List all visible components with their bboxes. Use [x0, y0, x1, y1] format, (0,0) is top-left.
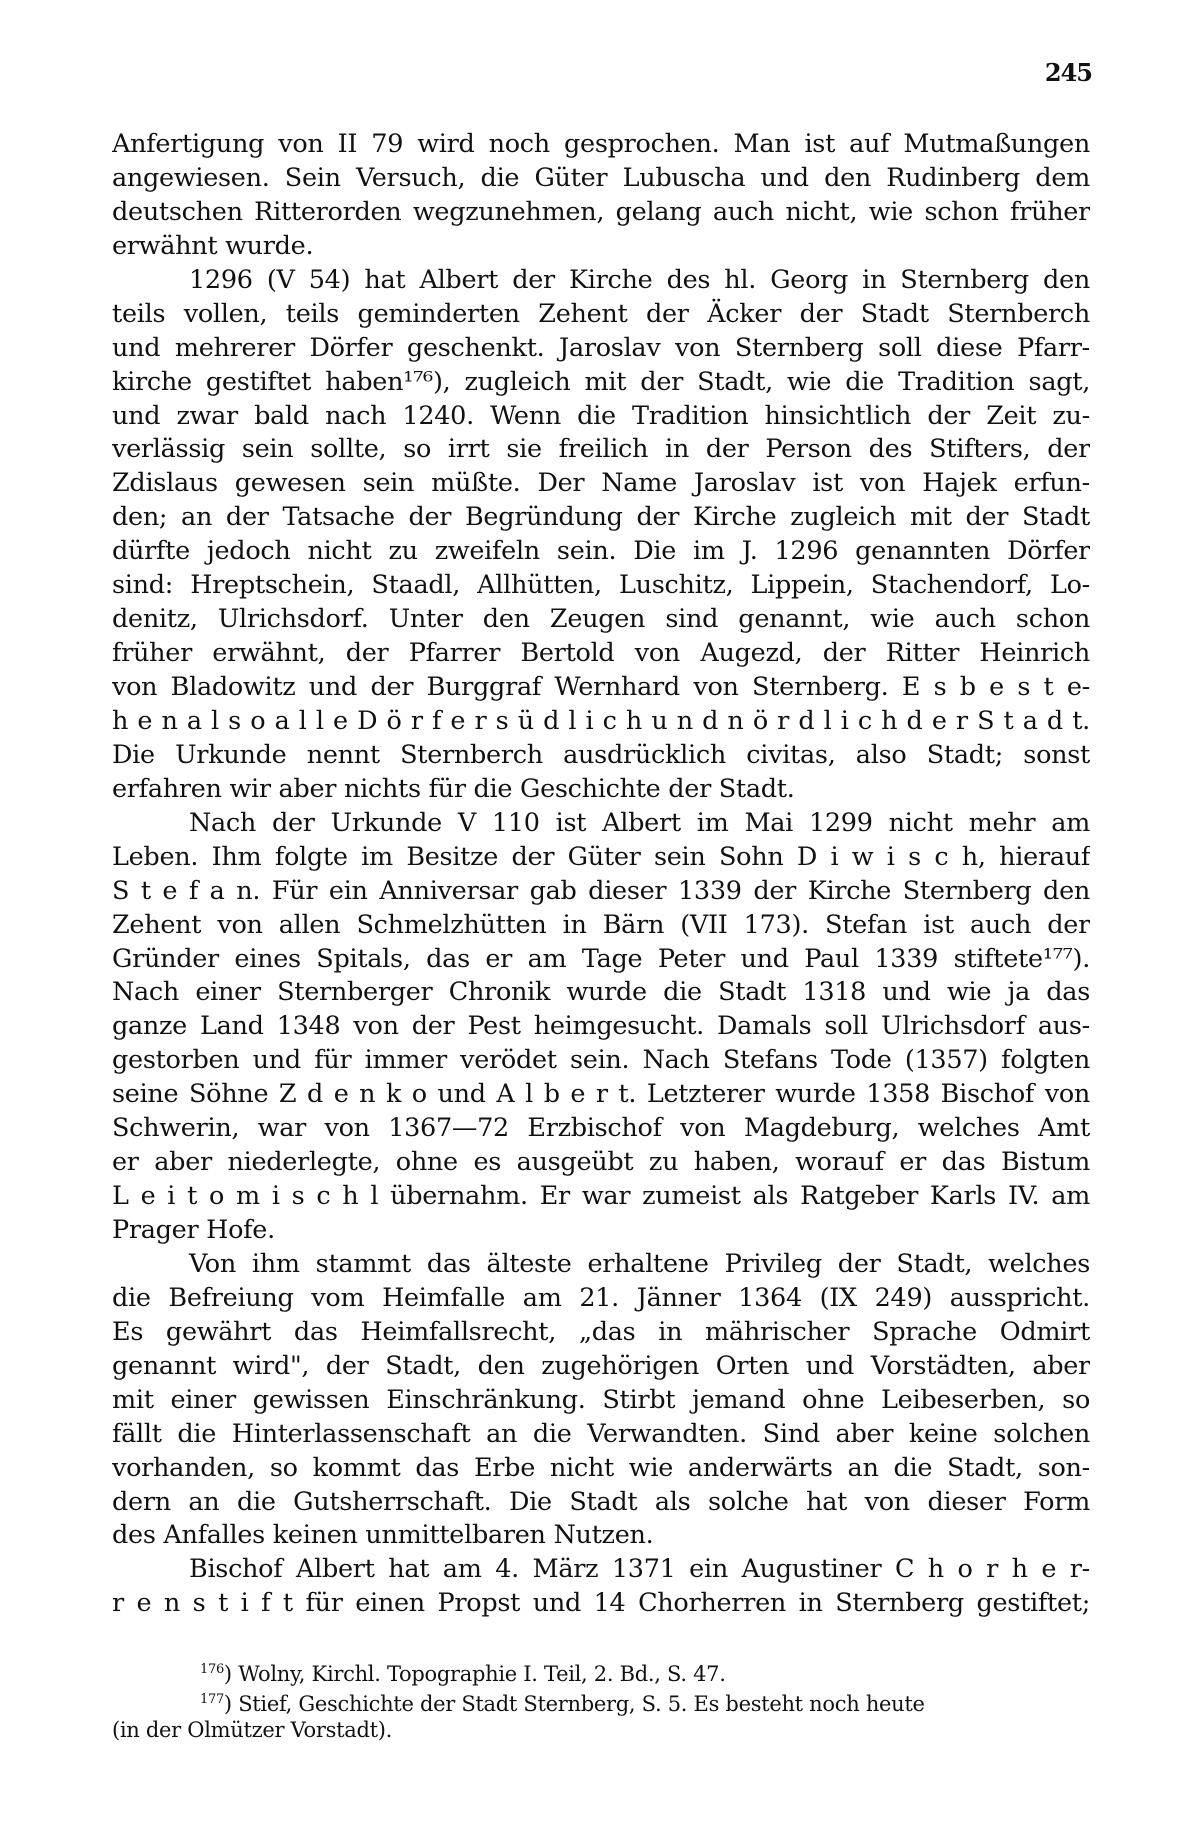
- text-line: erfahren wir aber nichts für die Geschic…: [112, 773, 1090, 807]
- text-line: Prager Hofe.: [112, 1214, 1090, 1248]
- text-line: 1296 (V 54) hat Albert der Kirche des hl…: [112, 264, 1090, 298]
- text-line: h e n a l s o a l l e D ö r f e r s ü d …: [112, 705, 1090, 739]
- text-line: sind: Hreptschein, Staadl, Allhütten, Lu…: [112, 569, 1090, 603]
- text-line: Gründer eines Spitals, das er am Tage Pe…: [112, 943, 1090, 977]
- footnotes: 176) Wolny, Kirchl. Topographie I. Teil,…: [112, 1655, 1090, 1745]
- text-line: von Bladowitz und der Burggraf Wernhard …: [112, 671, 1090, 705]
- text-line: ganze Land 1348 von der Pest heimgesucht…: [112, 1010, 1090, 1044]
- text-line: gestorben und für immer verödet sein. Na…: [112, 1044, 1090, 1078]
- text-line: angewiesen. Sein Versuch, die Güter Lubu…: [112, 162, 1090, 196]
- paragraph-4: Von ihm stammt das älteste erhaltene Pri…: [112, 1248, 1090, 1553]
- text-line: r e n s t i f t für einen Propst und 14 …: [112, 1587, 1090, 1621]
- body-text: Anfertigung von II 79 wird noch gesproch…: [112, 128, 1090, 1621]
- footnote-text: ) Wolny, Kirchl. Topographie I. Teil, 2.…: [224, 1662, 726, 1686]
- footnote-177-continuation: (in der Olmützer Vorstadt).: [112, 1715, 1090, 1745]
- footnote-marker: 177: [200, 1692, 224, 1707]
- text-line: Anfertigung von II 79 wird noch gesproch…: [112, 128, 1090, 162]
- text-line: Es gewährt das Heimfallsrecht, „das in m…: [112, 1316, 1090, 1350]
- footnote-177: 177) Stief, Geschichte der Stadt Sternbe…: [112, 1685, 1090, 1715]
- text-line: Leben. Ihm folgte im Besitze der Güter s…: [112, 841, 1090, 875]
- text-line: L e i t o m i s c h l übernahm. Er war z…: [112, 1180, 1090, 1214]
- text-line: und mehrerer Dörfer geschenkt. Jaroslav …: [112, 332, 1090, 366]
- text-line: Zdislaus gewesen sein müßte. Der Name Ja…: [112, 467, 1090, 501]
- text-line: deutschen Ritterorden wegzunehmen, gelan…: [112, 196, 1090, 230]
- text-line: Nach einer Sternberger Chronik wurde die…: [112, 976, 1090, 1010]
- text-line: vorhanden, so kommt das Erbe nicht wie a…: [112, 1452, 1090, 1486]
- text-line: kirche gestiftet haben¹⁷⁶), zugleich mit…: [112, 366, 1090, 400]
- text-line: Nach der Urkunde V 110 ist Albert im Mai…: [112, 807, 1090, 841]
- text-line: verlässig sein sollte, so irrt sie freil…: [112, 433, 1090, 467]
- text-line: die Befreiung vom Heimfalle am 21. Jänne…: [112, 1282, 1090, 1316]
- text-line: den; an der Tatsache der Begründung der …: [112, 501, 1090, 535]
- text-line: Bischof Albert hat am 4. März 1371 ein A…: [112, 1553, 1090, 1587]
- text-line: mit einer gewissen Einschränkung. Stirbt…: [112, 1384, 1090, 1418]
- footnote-text: ) Stief, Geschichte der Stadt Sternberg,…: [224, 1692, 925, 1716]
- text-line: früher erwähnt, der Pfarrer Bertold von …: [112, 637, 1090, 671]
- text-line: fällt die Hinterlassenschaft an die Verw…: [112, 1418, 1090, 1452]
- paragraph-3: Nach der Urkunde V 110 ist Albert im Mai…: [112, 807, 1090, 1248]
- footnote-176: 176) Wolny, Kirchl. Topographie I. Teil,…: [112, 1655, 1090, 1685]
- text-line: Schwerin, war von 1367—72 Erzbischof von…: [112, 1112, 1090, 1146]
- paragraph-1: Anfertigung von II 79 wird noch gesproch…: [112, 128, 1090, 264]
- text-line: dern an die Gutsherrschaft. Die Stadt al…: [112, 1486, 1090, 1520]
- page-number: 245: [1040, 58, 1092, 87]
- text-line: Die Urkunde nennt Sternberch ausdrücklic…: [112, 739, 1090, 773]
- text-line: des Anfalles keinen unmittelbaren Nutzen…: [112, 1519, 1090, 1553]
- paragraph-5: Bischof Albert hat am 4. März 1371 ein A…: [112, 1553, 1090, 1621]
- text-line: teils vollen, teils geminderten Zehent d…: [112, 298, 1090, 332]
- paragraph-2: 1296 (V 54) hat Albert der Kirche des hl…: [112, 264, 1090, 807]
- text-line: S t e f a n. Für ein Anniversar gab dies…: [112, 875, 1090, 909]
- text-line: Zehent von allen Schmelzhütten in Bärn (…: [112, 909, 1090, 943]
- text-line: denitz, Ulrichsdorf. Unter den Zeugen si…: [112, 603, 1090, 637]
- text-line: er aber niederlegte, ohne es ausgeübt zu…: [112, 1146, 1090, 1180]
- text-line: Von ihm stammt das älteste erhaltene Pri…: [112, 1248, 1090, 1282]
- text-line: dürfte jedoch nicht zu zweifeln sein. Di…: [112, 535, 1090, 569]
- text-line: genannt wird", der Stadt, den zugehörige…: [112, 1350, 1090, 1384]
- text-line: erwähnt wurde.: [112, 230, 1090, 264]
- footnote-text: (in der Olmützer Vorstadt).: [112, 1718, 392, 1742]
- text-line: seine Söhne Z d e n k o und A l b e r t.…: [112, 1078, 1090, 1112]
- footnote-marker: 176: [200, 1662, 224, 1677]
- text-line: und zwar bald nach 1240. Wenn die Tradit…: [112, 400, 1090, 434]
